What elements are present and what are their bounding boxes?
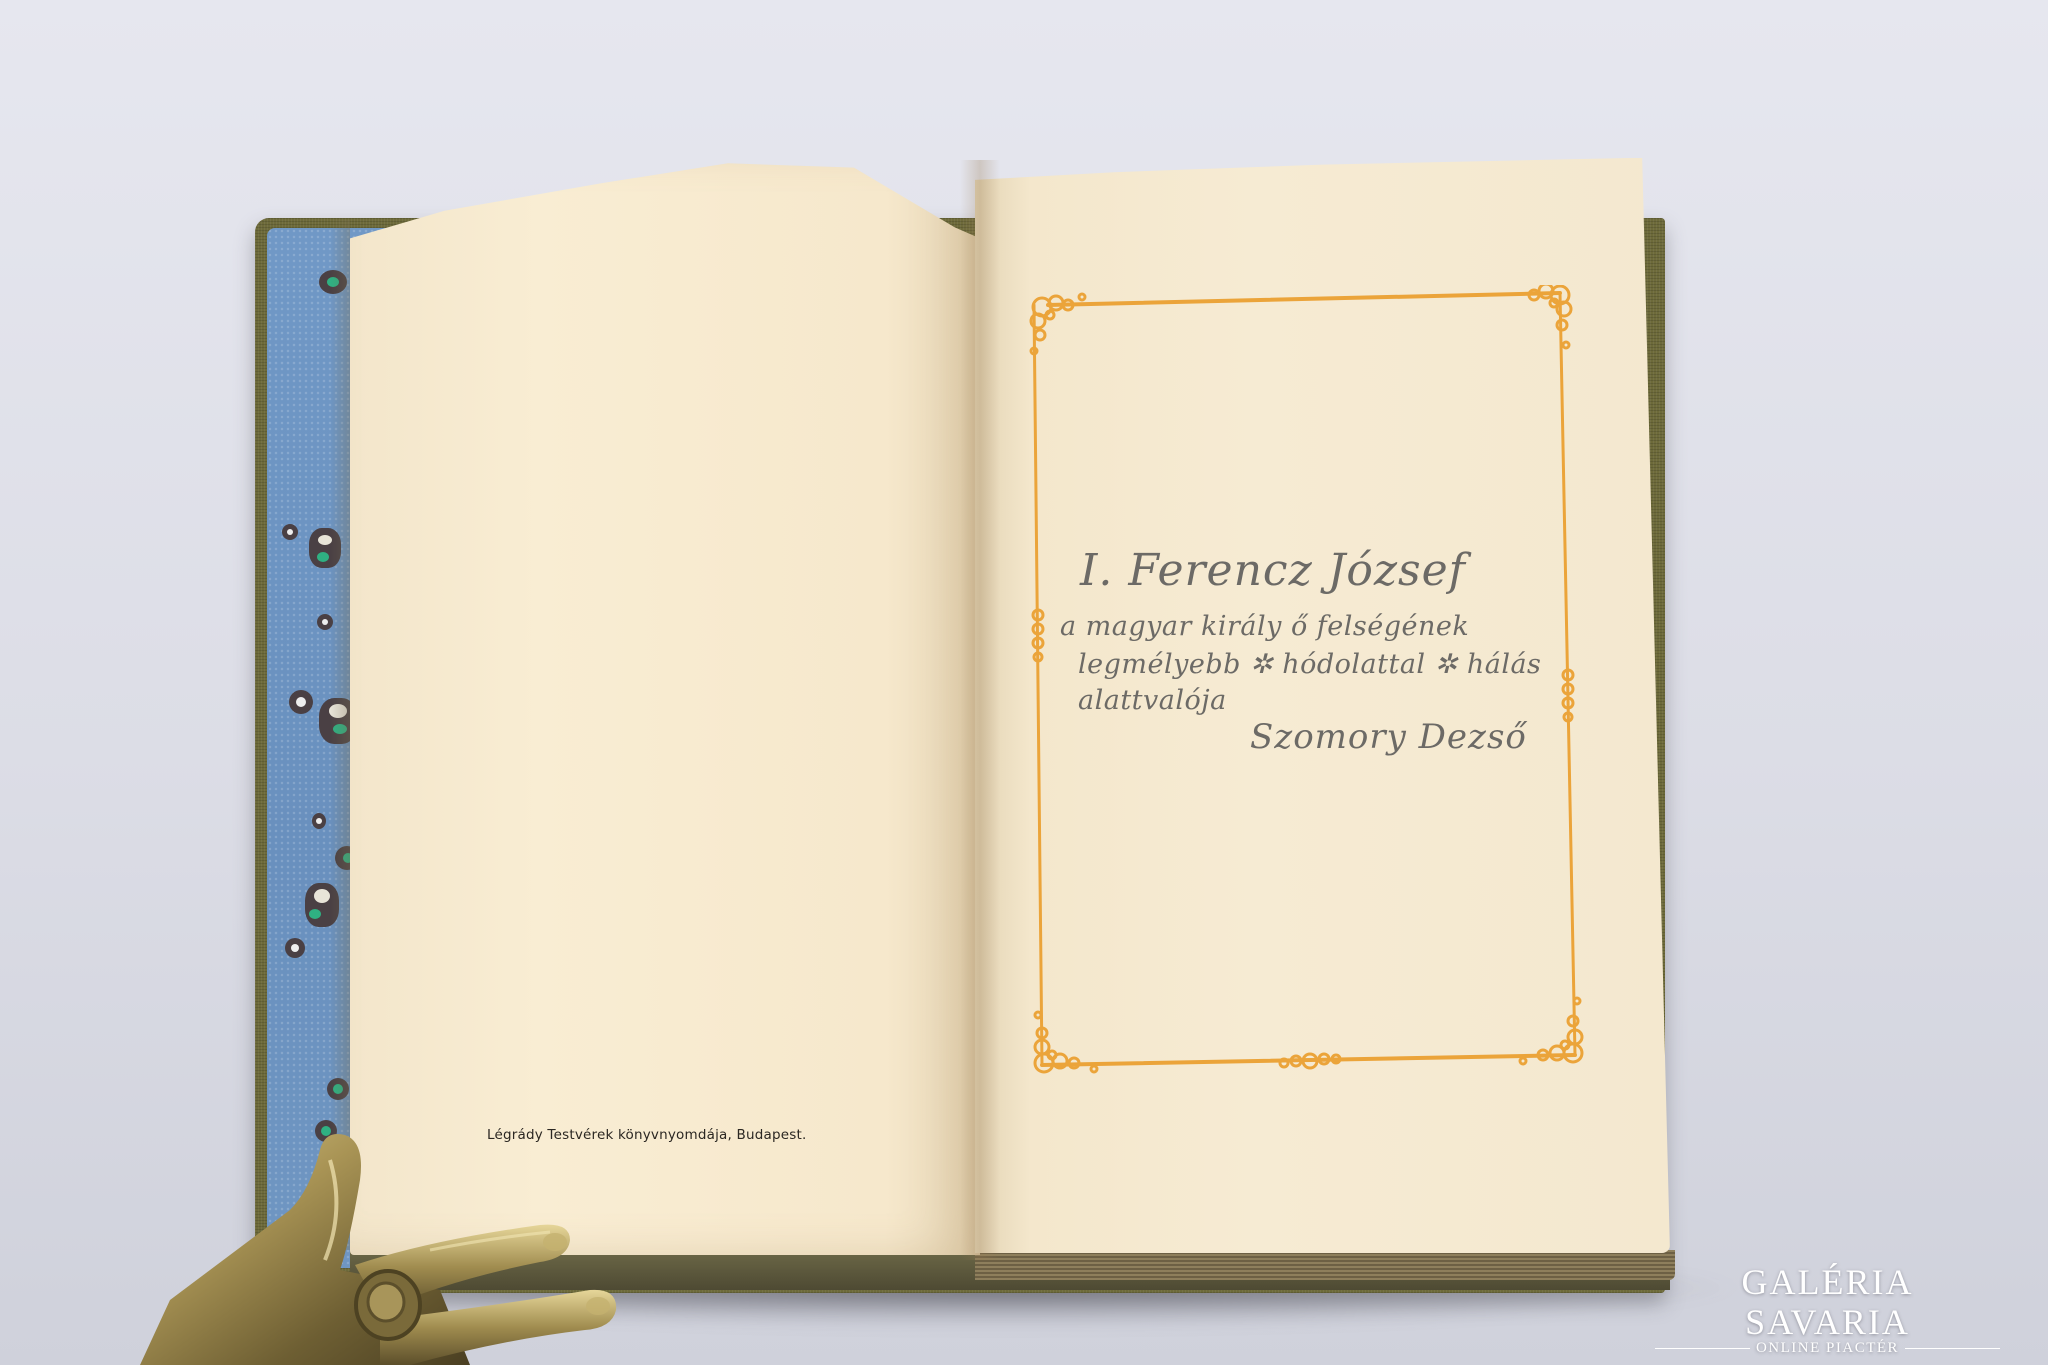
photo-scene: Légrády Testvérek könyvnyomdája, Budapes… xyxy=(0,0,2048,1365)
endpaper-pattern-spot xyxy=(285,938,305,958)
dedication-line: legmélyebb ✲ hódolattal ✲ hálás xyxy=(1078,649,1541,680)
watermark-brand: GALÉRIA SAVARIA xyxy=(1655,1262,2000,1342)
endpaper-pattern-spot xyxy=(289,690,313,714)
endpaper-pattern-spot xyxy=(282,524,298,540)
endpaper-pattern-spot xyxy=(312,813,326,829)
book-gutter xyxy=(960,160,1000,1260)
page-block-edge xyxy=(975,1250,1675,1280)
watermark-logo: GALÉRIA SAVARIA ONLINE PIACTÉR xyxy=(1655,1262,2000,1357)
dedication-line: a magyar király ő felségének xyxy=(1060,611,1469,642)
watermark-rule-right xyxy=(1905,1348,2000,1350)
brass-hand-icon xyxy=(140,1130,700,1365)
dedication-title: I. Ferencz József xyxy=(1080,545,1466,596)
dedication-signature: Szomory Dezső xyxy=(1250,717,1527,757)
watermark-subtitle-row: ONLINE PIACTÉR xyxy=(1655,1340,2000,1357)
watermark-subtitle: ONLINE PIACTÉR xyxy=(1756,1340,1899,1357)
brass-hand-bookmark xyxy=(140,1130,700,1365)
watermark-rule-left xyxy=(1655,1348,1750,1350)
left-page-shadow xyxy=(330,220,350,1250)
dedication-line: alattvalója xyxy=(1078,685,1227,716)
left-page xyxy=(350,150,980,1255)
